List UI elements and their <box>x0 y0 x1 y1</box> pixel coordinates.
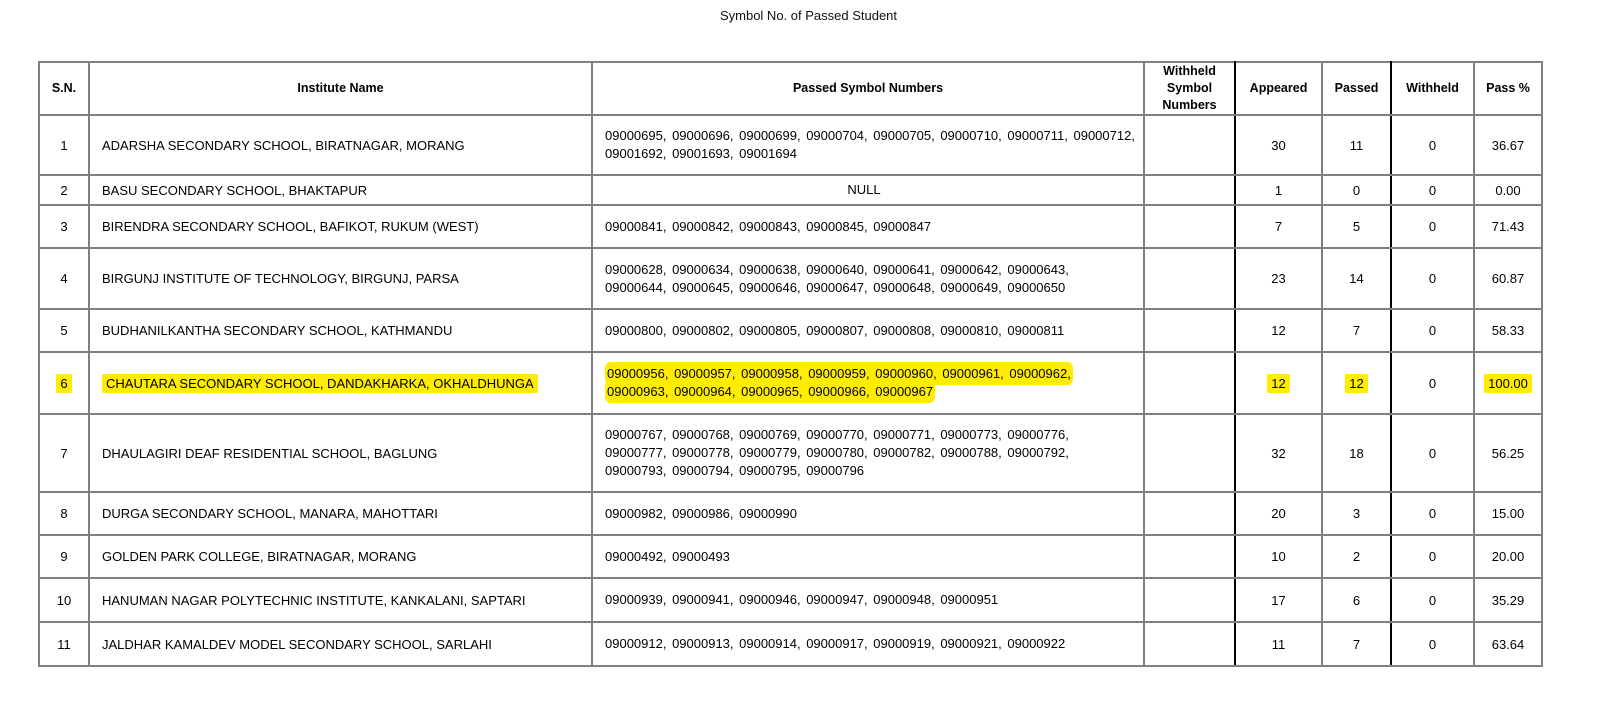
cell-pass-percent: 58.33 <box>1474 309 1542 352</box>
cell-pass-percent: 56.25 <box>1474 414 1542 492</box>
cell-pass-percent: 35.29 <box>1474 578 1542 622</box>
table-row: 3BIRENDRA SECONDARY SCHOOL, BAFIKOT, RUK… <box>39 205 1542 248</box>
cell-passed-symbols: 09000939, 09000941, 09000946, 09000947, … <box>592 578 1144 622</box>
cell-sn-text: 5 <box>60 323 67 338</box>
cell-pass-percent: 71.43 <box>1474 205 1542 248</box>
cell-passed-symbols: 09000956, 09000957, 09000958, 09000959, … <box>592 352 1144 414</box>
header-withheld-symbol-numbers: Withheld Symbol Numbers <box>1144 62 1235 115</box>
cell-institute-name-text: BIRENDRA SECONDARY SCHOOL, BAFIKOT, RUKU… <box>102 219 479 234</box>
table-row: 1ADARSHA SECONDARY SCHOOL, BIRATNAGAR, M… <box>39 115 1542 175</box>
cell-withheld: 0 <box>1391 622 1474 666</box>
cell-appeared-text: 17 <box>1271 593 1285 608</box>
cell-withheld-text: 0 <box>1429 446 1436 461</box>
cell-sn: 9 <box>39 535 89 578</box>
table-row: 5BUDHANILKANTHA SECONDARY SCHOOL, KATHMA… <box>39 309 1542 352</box>
cell-withheld: 0 <box>1391 309 1474 352</box>
cell-sn-text: 1 <box>60 138 67 153</box>
cell-withheld-symbols <box>1144 622 1235 666</box>
cell-passed-symbols-text: 09000982, 09000986, 09000990 <box>605 506 797 521</box>
cell-withheld-text: 0 <box>1429 376 1436 391</box>
cell-passed-text: 6 <box>1353 593 1360 608</box>
cell-institute-name: BUDHANILKANTHA SECONDARY SCHOOL, KATHMAN… <box>89 309 592 352</box>
cell-withheld-symbols <box>1144 175 1235 205</box>
cell-passed: 11 <box>1322 115 1391 175</box>
cell-pass-percent-text: 56.25 <box>1492 446 1525 461</box>
cell-pass-percent-text: 0.00 <box>1495 183 1520 198</box>
cell-institute-name-text: BUDHANILKANTHA SECONDARY SCHOOL, KATHMAN… <box>102 323 452 338</box>
cell-pass-percent-text: 20.00 <box>1492 549 1525 564</box>
cell-passed-symbols-text: 09000956, 09000957, 09000958, 09000959, … <box>605 362 1073 403</box>
cell-appeared: 1 <box>1235 175 1322 205</box>
cell-institute-name-text: BASU SECONDARY SCHOOL, BHAKTAPUR <box>102 183 367 198</box>
cell-passed: 6 <box>1322 578 1391 622</box>
cell-appeared: 12 <box>1235 352 1322 414</box>
cell-pass-percent-text: 35.29 <box>1492 593 1525 608</box>
cell-appeared-text: 1 <box>1275 183 1282 198</box>
cell-withheld-symbols <box>1144 352 1235 414</box>
cell-pass-percent: 60.87 <box>1474 248 1542 309</box>
cell-pass-percent-text: 100.00 <box>1484 374 1532 393</box>
cell-sn: 2 <box>39 175 89 205</box>
cell-passed-text: 14 <box>1349 271 1363 286</box>
cell-sn-text: 6 <box>56 374 71 393</box>
header-appeared: Appeared <box>1235 62 1322 115</box>
cell-withheld: 0 <box>1391 205 1474 248</box>
header-passed-symbol-numbers: Passed Symbol Numbers <box>592 62 1144 115</box>
cell-withheld: 0 <box>1391 414 1474 492</box>
cell-appeared-text: 23 <box>1271 271 1285 286</box>
cell-passed-symbols: 09000628, 09000634, 09000638, 09000640, … <box>592 248 1144 309</box>
cell-appeared-text: 12 <box>1271 323 1285 338</box>
cell-withheld: 0 <box>1391 578 1474 622</box>
cell-institute-name-text: BIRGUNJ INSTITUTE OF TECHNOLOGY, BIRGUNJ… <box>102 271 459 286</box>
cell-institute-name: JALDHAR KAMALDEV MODEL SECONDARY SCHOOL,… <box>89 622 592 666</box>
header-passed: Passed <box>1322 62 1391 115</box>
cell-appeared-text: 10 <box>1271 549 1285 564</box>
cell-passed-symbols: 09000982, 09000986, 09000990 <box>592 492 1144 535</box>
cell-withheld-text: 0 <box>1429 219 1436 234</box>
cell-appeared-text: 32 <box>1271 446 1285 461</box>
cell-appeared-text: 12 <box>1267 374 1289 393</box>
cell-withheld-text: 0 <box>1429 637 1436 652</box>
passed-students-table: S.N. Institute Name Passed Symbol Number… <box>38 61 1543 667</box>
cell-institute-name: CHAUTARA SECONDARY SCHOOL, DANDAKHARKA, … <box>89 352 592 414</box>
cell-withheld: 0 <box>1391 492 1474 535</box>
cell-sn-text: 9 <box>60 549 67 564</box>
cell-sn: 11 <box>39 622 89 666</box>
cell-passed-text: 11 <box>1350 138 1364 153</box>
cell-passed: 14 <box>1322 248 1391 309</box>
cell-passed-text: 7 <box>1353 323 1360 338</box>
cell-appeared: 11 <box>1235 622 1322 666</box>
cell-passed-symbols: 09000912, 09000913, 09000914, 09000917, … <box>592 622 1144 666</box>
cell-withheld-text: 0 <box>1429 506 1436 521</box>
table-row: 10HANUMAN NAGAR POLYTECHNIC INSTITUTE, K… <box>39 578 1542 622</box>
cell-withheld-symbols <box>1144 492 1235 535</box>
cell-appeared: 20 <box>1235 492 1322 535</box>
cell-sn: 7 <box>39 414 89 492</box>
cell-sn-text: 4 <box>60 271 67 286</box>
cell-passed: 5 <box>1322 205 1391 248</box>
cell-institute-name: BIRGUNJ INSTITUTE OF TECHNOLOGY, BIRGUNJ… <box>89 248 592 309</box>
cell-appeared: 10 <box>1235 535 1322 578</box>
cell-institute-name-text: DHAULAGIRI DEAF RESIDENTIAL SCHOOL, BAGL… <box>102 446 437 461</box>
table-row: 7DHAULAGIRI DEAF RESIDENTIAL SCHOOL, BAG… <box>39 414 1542 492</box>
cell-sn-text: 2 <box>60 183 67 198</box>
cell-appeared-text: 20 <box>1271 506 1285 521</box>
cell-institute-name: HANUMAN NAGAR POLYTECHNIC INSTITUTE, KAN… <box>89 578 592 622</box>
document-title: Symbol No. of Passed Student <box>0 8 1617 23</box>
cell-withheld-text: 0 <box>1429 183 1436 198</box>
cell-withheld-text: 0 <box>1429 138 1436 153</box>
cell-appeared: 17 <box>1235 578 1322 622</box>
cell-passed-text: 18 <box>1349 446 1363 461</box>
cell-appeared: 23 <box>1235 248 1322 309</box>
cell-passed-symbols-text: NULL <box>847 182 880 197</box>
cell-institute-name: DHAULAGIRI DEAF RESIDENTIAL SCHOOL, BAGL… <box>89 414 592 492</box>
cell-pass-percent: 36.67 <box>1474 115 1542 175</box>
cell-passed-symbols-text: 09000492, 09000493 <box>605 549 730 564</box>
cell-passed: 3 <box>1322 492 1391 535</box>
cell-sn: 10 <box>39 578 89 622</box>
cell-appeared-text: 7 <box>1275 219 1282 234</box>
cell-appeared: 12 <box>1235 309 1322 352</box>
cell-withheld: 0 <box>1391 175 1474 205</box>
cell-appeared: 7 <box>1235 205 1322 248</box>
cell-sn: 3 <box>39 205 89 248</box>
cell-withheld-text: 0 <box>1429 549 1436 564</box>
cell-withheld-symbols <box>1144 205 1235 248</box>
cell-withheld-symbols <box>1144 309 1235 352</box>
cell-institute-name: DURGA SECONDARY SCHOOL, MANARA, MAHOTTAR… <box>89 492 592 535</box>
cell-pass-percent-text: 15.00 <box>1492 506 1525 521</box>
cell-institute-name-text: DURGA SECONDARY SCHOOL, MANARA, MAHOTTAR… <box>102 506 438 521</box>
cell-pass-percent-text: 63.64 <box>1492 637 1525 652</box>
cell-sn-text: 7 <box>60 446 67 461</box>
cell-withheld: 0 <box>1391 352 1474 414</box>
cell-passed-text: 5 <box>1353 219 1360 234</box>
cell-sn-text: 11 <box>57 637 71 652</box>
cell-institute-name-text: GOLDEN PARK COLLEGE, BIRATNAGAR, MORANG <box>102 549 416 564</box>
cell-pass-percent-text: 58.33 <box>1492 323 1525 338</box>
cell-passed: 18 <box>1322 414 1391 492</box>
cell-sn: 6 <box>39 352 89 414</box>
cell-pass-percent-text: 36.67 <box>1492 138 1525 153</box>
cell-pass-percent: 63.64 <box>1474 622 1542 666</box>
cell-passed-text: 0 <box>1353 183 1360 198</box>
header-pass-percent: Pass % <box>1474 62 1542 115</box>
cell-appeared: 32 <box>1235 414 1322 492</box>
table-row: 4BIRGUNJ INSTITUTE OF TECHNOLOGY, BIRGUN… <box>39 248 1542 309</box>
cell-passed: 7 <box>1322 622 1391 666</box>
cell-passed: 0 <box>1322 175 1391 205</box>
cell-passed-text: 7 <box>1353 637 1360 652</box>
cell-withheld-symbols <box>1144 115 1235 175</box>
cell-pass-percent: 0.00 <box>1474 175 1542 205</box>
cell-passed-symbols: 09000800, 09000802, 09000805, 09000807, … <box>592 309 1144 352</box>
cell-withheld: 0 <box>1391 115 1474 175</box>
cell-passed-symbols: NULL <box>592 175 1144 205</box>
cell-sn-text: 3 <box>60 219 67 234</box>
cell-withheld-symbols <box>1144 535 1235 578</box>
cell-passed-symbols-text: 09000695, 09000696, 09000699, 09000704, … <box>605 128 1135 161</box>
cell-passed-symbols: 09000695, 09000696, 09000699, 09000704, … <box>592 115 1144 175</box>
table-row: 6CHAUTARA SECONDARY SCHOOL, DANDAKHARKA,… <box>39 352 1542 414</box>
cell-passed-text: 3 <box>1353 506 1360 521</box>
cell-withheld-text: 0 <box>1429 593 1436 608</box>
cell-sn-text: 10 <box>57 593 71 608</box>
table-row: 11JALDHAR KAMALDEV MODEL SECONDARY SCHOO… <box>39 622 1542 666</box>
cell-sn-text: 8 <box>60 506 67 521</box>
cell-passed-symbols-text: 09000912, 09000913, 09000914, 09000917, … <box>605 636 1065 651</box>
cell-withheld: 0 <box>1391 248 1474 309</box>
header-sn: S.N. <box>39 62 89 115</box>
cell-appeared-text: 11 <box>1272 637 1286 652</box>
cell-pass-percent-text: 71.43 <box>1492 219 1525 234</box>
cell-passed-symbols-text: 09000841, 09000842, 09000843, 09000845, … <box>605 219 931 234</box>
cell-institute-name-text: CHAUTARA SECONDARY SCHOOL, DANDAKHARKA, … <box>102 374 538 393</box>
cell-withheld-text: 0 <box>1429 323 1436 338</box>
cell-passed-symbols-text: 09000800, 09000802, 09000805, 09000807, … <box>605 323 1064 338</box>
cell-institute-name: BIRENDRA SECONDARY SCHOOL, BAFIKOT, RUKU… <box>89 205 592 248</box>
table-header-row: S.N. Institute Name Passed Symbol Number… <box>39 62 1542 115</box>
cell-withheld: 0 <box>1391 535 1474 578</box>
cell-passed-symbols: 09000767, 09000768, 09000769, 09000770, … <box>592 414 1144 492</box>
cell-pass-percent: 15.00 <box>1474 492 1542 535</box>
cell-pass-percent-text: 60.87 <box>1492 271 1525 286</box>
cell-withheld-symbols <box>1144 414 1235 492</box>
cell-sn: 5 <box>39 309 89 352</box>
cell-institute-name: GOLDEN PARK COLLEGE, BIRATNAGAR, MORANG <box>89 535 592 578</box>
cell-passed-symbols: 09000492, 09000493 <box>592 535 1144 578</box>
cell-passed-symbols-text: 09000767, 09000768, 09000769, 09000770, … <box>605 427 1069 478</box>
cell-passed: 7 <box>1322 309 1391 352</box>
cell-pass-percent: 20.00 <box>1474 535 1542 578</box>
cell-withheld-text: 0 <box>1429 271 1436 286</box>
cell-appeared: 30 <box>1235 115 1322 175</box>
header-withheld: Withheld <box>1391 62 1474 115</box>
cell-passed: 12 <box>1322 352 1391 414</box>
cell-sn: 4 <box>39 248 89 309</box>
cell-passed-text: 2 <box>1353 549 1360 564</box>
cell-pass-percent: 100.00 <box>1474 352 1542 414</box>
cell-institute-name-text: ADARSHA SECONDARY SCHOOL, BIRATNAGAR, MO… <box>102 138 465 153</box>
cell-passed: 2 <box>1322 535 1391 578</box>
cell-passed-symbols: 09000841, 09000842, 09000843, 09000845, … <box>592 205 1144 248</box>
cell-institute-name: ADARSHA SECONDARY SCHOOL, BIRATNAGAR, MO… <box>89 115 592 175</box>
table-row: 2BASU SECONDARY SCHOOL, BHAKTAPURNULL100… <box>39 175 1542 205</box>
table-row: 8DURGA SECONDARY SCHOOL, MANARA, MAHOTTA… <box>39 492 1542 535</box>
cell-withheld-symbols <box>1144 578 1235 622</box>
cell-institute-name-text: HANUMAN NAGAR POLYTECHNIC INSTITUTE, KAN… <box>102 593 526 608</box>
cell-sn: 8 <box>39 492 89 535</box>
cell-sn: 1 <box>39 115 89 175</box>
cell-passed-symbols-text: 09000628, 09000634, 09000638, 09000640, … <box>605 262 1069 295</box>
header-institute-name: Institute Name <box>89 62 592 115</box>
cell-withheld-symbols <box>1144 248 1235 309</box>
cell-appeared-text: 30 <box>1271 138 1285 153</box>
table-body: 1ADARSHA SECONDARY SCHOOL, BIRATNAGAR, M… <box>39 115 1542 666</box>
cell-passed-text: 12 <box>1345 374 1367 393</box>
cell-passed-symbols-text: 09000939, 09000941, 09000946, 09000947, … <box>605 592 998 607</box>
table-row: 9GOLDEN PARK COLLEGE, BIRATNAGAR, MORANG… <box>39 535 1542 578</box>
cell-institute-name: BASU SECONDARY SCHOOL, BHAKTAPUR <box>89 175 592 205</box>
cell-institute-name-text: JALDHAR KAMALDEV MODEL SECONDARY SCHOOL,… <box>102 637 492 652</box>
